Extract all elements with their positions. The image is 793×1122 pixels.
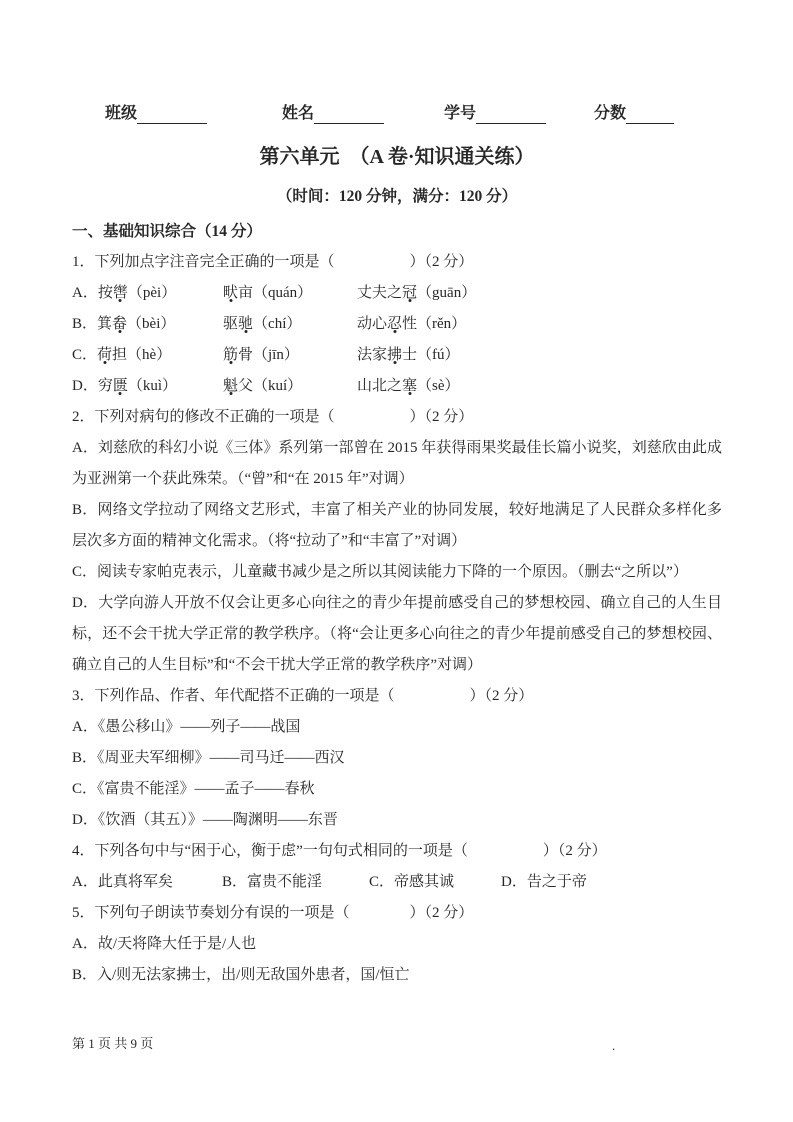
score-label: 分数 <box>594 104 626 124</box>
page-title: 第六单元 （A 卷·知识通关练） <box>72 143 722 171</box>
page-content: 班级 姓名 学号 分数 第六单元 （A 卷·知识通关练） （时间：120 分钟，… <box>72 0 722 991</box>
exam-body: 一、基础知识综合（14 分） 1．下列加点字注音完全正确的一项是（ ）（2 分）… <box>72 216 722 991</box>
dotted-char: 筋 <box>223 347 238 363</box>
q2-stem: 2．下列对病句的修改不正确的一项是（ ）（2 分） <box>72 402 722 433</box>
q1-word: 丈夫之冠（guān） <box>357 278 722 309</box>
q3-stem: 3．下列作品、作者、年代配搭不正确的一项是（ ）（2 分） <box>72 681 722 712</box>
class-field: 班级 <box>105 104 207 124</box>
q1-word: 动心忍性（rěn） <box>357 309 722 340</box>
q1-option-row-b: B．箕畚（bèi） 驱驰（chí） 动心忍性（rěn） <box>72 309 722 340</box>
exam-page: 班级 姓名 学号 分数 第六单元 （A 卷·知识通关练） （时间：120 分钟，… <box>0 0 793 1122</box>
student-info-row: 班级 姓名 学号 分数 <box>105 104 722 124</box>
dotted-char: 塞 <box>402 378 417 394</box>
q1-word: 畎亩（quán） <box>223 278 357 309</box>
dotted-char: 拂 <box>387 347 402 363</box>
student-id-blank-line <box>476 109 546 124</box>
q1-option-row-c: C．荷担（hè） 筋骨（jīn） 法家拂士（fú） <box>72 340 722 371</box>
q1-word: 法家拂士（fú） <box>357 340 722 371</box>
student-id-field: 学号 <box>444 104 546 124</box>
dotted-char: 冠 <box>402 285 417 301</box>
q1-word: C．荷担（hè） <box>72 340 223 371</box>
q5-stem: 5．下列句子朗读节奏划分有误的一项是（ ）（2 分） <box>72 898 722 929</box>
q5-option-b: B．入/则无法家拂士，出/则无敌国外患者，国/恒亡 <box>72 960 722 991</box>
q4-option-c: C．帝感其诚 <box>369 867 501 898</box>
section1-heading: 一、基础知识综合（14 分） <box>72 216 722 247</box>
class-label: 班级 <box>105 104 137 124</box>
page-subtitle: （时间：120 分钟，满分：120 分） <box>72 186 722 208</box>
q2-option-a: A．刘慈欣的科幻小说《三体》系列第一部曾在 2015 年获得雨果奖最佳长篇小说奖… <box>72 433 722 495</box>
dotted-char: 畚 <box>112 316 127 332</box>
dotted-char: 忍 <box>387 316 402 332</box>
q1-word: A．按辔（pèi） <box>72 278 223 309</box>
class-blank-line <box>137 109 207 124</box>
q1-option-row-d: D．穷匮（kuì） 魁父（kuí） 山北之塞（sè） <box>72 371 722 402</box>
q2-option-d: D．大学向游人开放不仅会让更多心向往之的青少年提前感受自己的梦想校园、确立自己的… <box>72 588 722 681</box>
q3-option-c: C．《富贵不能淫》——孟子——春秋 <box>72 774 722 805</box>
q1-word: 山北之塞（sè） <box>357 371 722 402</box>
name-label: 姓名 <box>282 104 314 124</box>
dotted-char: 匮 <box>113 378 128 394</box>
q1-word: B．箕畚（bèi） <box>72 309 223 340</box>
q4-option-a: A．此真将军矣 <box>72 867 222 898</box>
name-blank-line <box>314 109 384 124</box>
dotted-char: 荷 <box>97 347 112 363</box>
dotted-char: 驰 <box>238 316 253 332</box>
q4-option-b: B．富贵不能淫 <box>222 867 369 898</box>
score-field: 分数 <box>594 104 674 124</box>
q1-option-row-a: A．按辔（pèi） 畎亩（quán） 丈夫之冠（guān） <box>72 278 722 309</box>
q2-option-c: C．阅读专家帕克表示，儿童藏书减少是之所以其阅读能力下降的一个原因。（删去“之所… <box>72 557 722 588</box>
dotted-char: 魁 <box>223 378 238 394</box>
q1-word: 驱驰（chí） <box>223 309 357 340</box>
q4-option-d: D．告之于帝 <box>501 867 722 898</box>
q2-option-b: B．网络文学拉动了网络文艺形式，丰富了相关产业的协同发展，较好地满足了人民群众多… <box>72 495 722 557</box>
name-field: 姓名 <box>282 104 384 124</box>
score-blank-line <box>626 109 674 124</box>
q1-word: D．穷匮（kuì） <box>72 371 223 402</box>
q4-stem: 4．下列各句中与“困于心，衡于虑”一句句式相同的一项是（ ）（2 分） <box>72 836 722 867</box>
dotted-char: 辔 <box>113 285 128 301</box>
q1-stem: 1．下列加点字注音完全正确的一项是（ ）（2 分） <box>72 247 722 278</box>
q4-options-row: A．此真将军矣 B．富贵不能淫 C．帝感其诚 D．告之于帝 <box>72 867 722 898</box>
q5-option-a: A．故/天将降大任于是/人也 <box>72 929 722 960</box>
q1-word: 魁父（kuí） <box>223 371 357 402</box>
q3-option-a: A．《愚公移山》——列子——战国 <box>72 712 722 743</box>
q3-option-d: D．《饮酒（其五）》——陶渊明——东晋 <box>72 805 722 836</box>
q1-word: 筋骨（jīn） <box>223 340 357 371</box>
page-number-footer: 第 1 页 共 9 页 <box>72 1036 153 1052</box>
dotted-char: 畎 <box>223 285 238 301</box>
student-id-label: 学号 <box>444 104 476 124</box>
q3-option-b: B．《周亚夫军细柳》——司马迁——西汉 <box>72 743 722 774</box>
stray-dot: . <box>612 1038 615 1054</box>
